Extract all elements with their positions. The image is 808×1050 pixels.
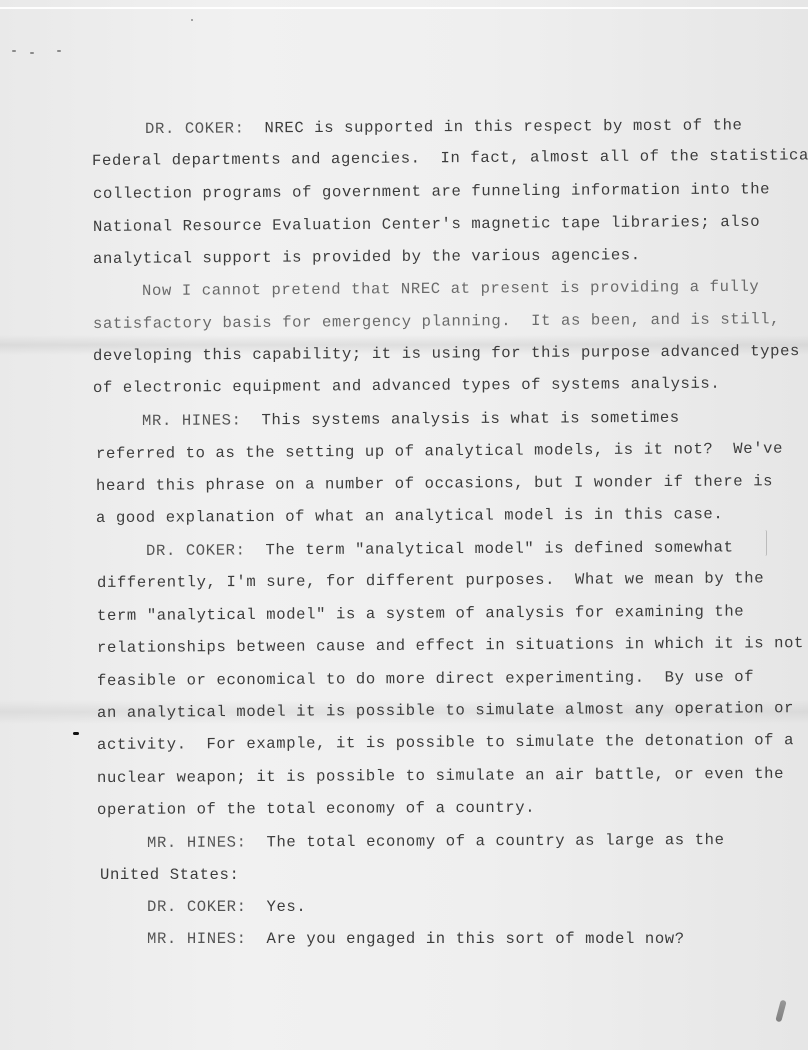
text-line: term "analytical model" is a system of a… (97, 602, 744, 625)
margin-bracket-mark (763, 530, 767, 556)
text-line: of electronic equipment and advanced typ… (93, 375, 720, 397)
text-line: DR. COKER: The term "analytical model" i… (146, 538, 734, 560)
text-line: operation of the total economy of a coun… (97, 799, 535, 819)
text-line: developing this capability; it is using … (93, 342, 800, 365)
line-text: NREC is supported in this respect by mos… (264, 116, 742, 137)
speaker-label: MR. HINES: (142, 411, 242, 430)
text-line: feasible or economical to do more direct… (97, 668, 754, 690)
speaker-label: MR. HINES: (147, 930, 247, 948)
text-line: United States: (100, 866, 239, 884)
text-line: a good explanation of what an analytical… (96, 505, 723, 527)
paper-speck (30, 52, 34, 54)
text-line: National Resource Evaluation Center's ma… (93, 213, 760, 236)
line-text: The term "analytical model" is defined s… (265, 538, 733, 559)
text-line: Now I cannot pretend that NREC at presen… (142, 278, 760, 300)
text-line: heard this phrase on a number of occasio… (96, 472, 773, 495)
text-line: satisfactory basis for emergency plannin… (93, 310, 780, 333)
line-text: Yes. (267, 898, 307, 916)
paper-crease (0, 7, 808, 9)
ink-mark (73, 732, 79, 735)
speaker-label: MR. HINES: (147, 833, 247, 852)
text-line: Federal departments and agencies. In fac… (92, 146, 808, 170)
text-line: an analytical model it is possible to si… (97, 699, 794, 722)
paper-speck (12, 50, 16, 52)
text-line: MR. HINES: Are you engaged in this sort … (147, 930, 685, 948)
line-text: The total economy of a country as large … (266, 831, 724, 851)
line-text: This systems analysis is what is sometim… (261, 409, 679, 430)
speaker-label: DR. COKER: (146, 541, 246, 560)
text-line: MR. HINES: The total economy of a countr… (147, 831, 725, 852)
text-line: collection programs of government are fu… (93, 180, 770, 203)
text-line: referred to as the setting up of analyti… (96, 440, 783, 463)
text-line: differently, I'm sure, for different pur… (97, 569, 764, 592)
corner-smudge (775, 1000, 786, 1023)
text-line: activity. For example, it is possible to… (97, 731, 794, 754)
text-line: analytical support is provided by the va… (93, 246, 641, 268)
speaker-label: DR. COKER: (145, 119, 245, 138)
paper-speck (191, 19, 193, 21)
text-line: relationships between cause and effect i… (97, 634, 804, 657)
scanned-page: DR. COKER: NREC is supported in this res… (0, 0, 808, 1050)
speaker-label: DR. COKER: (147, 898, 247, 916)
text-line: MR. HINES: This systems analysis is what… (142, 409, 680, 430)
paper-speck (57, 50, 61, 52)
text-line: DR. COKER: NREC is supported in this res… (145, 116, 743, 138)
text-line: DR. COKER: Yes. (147, 898, 306, 916)
line-text: Are you engaged in this sort of model no… (267, 930, 685, 948)
text-line: nuclear weapon; it is possible to simula… (97, 765, 784, 787)
